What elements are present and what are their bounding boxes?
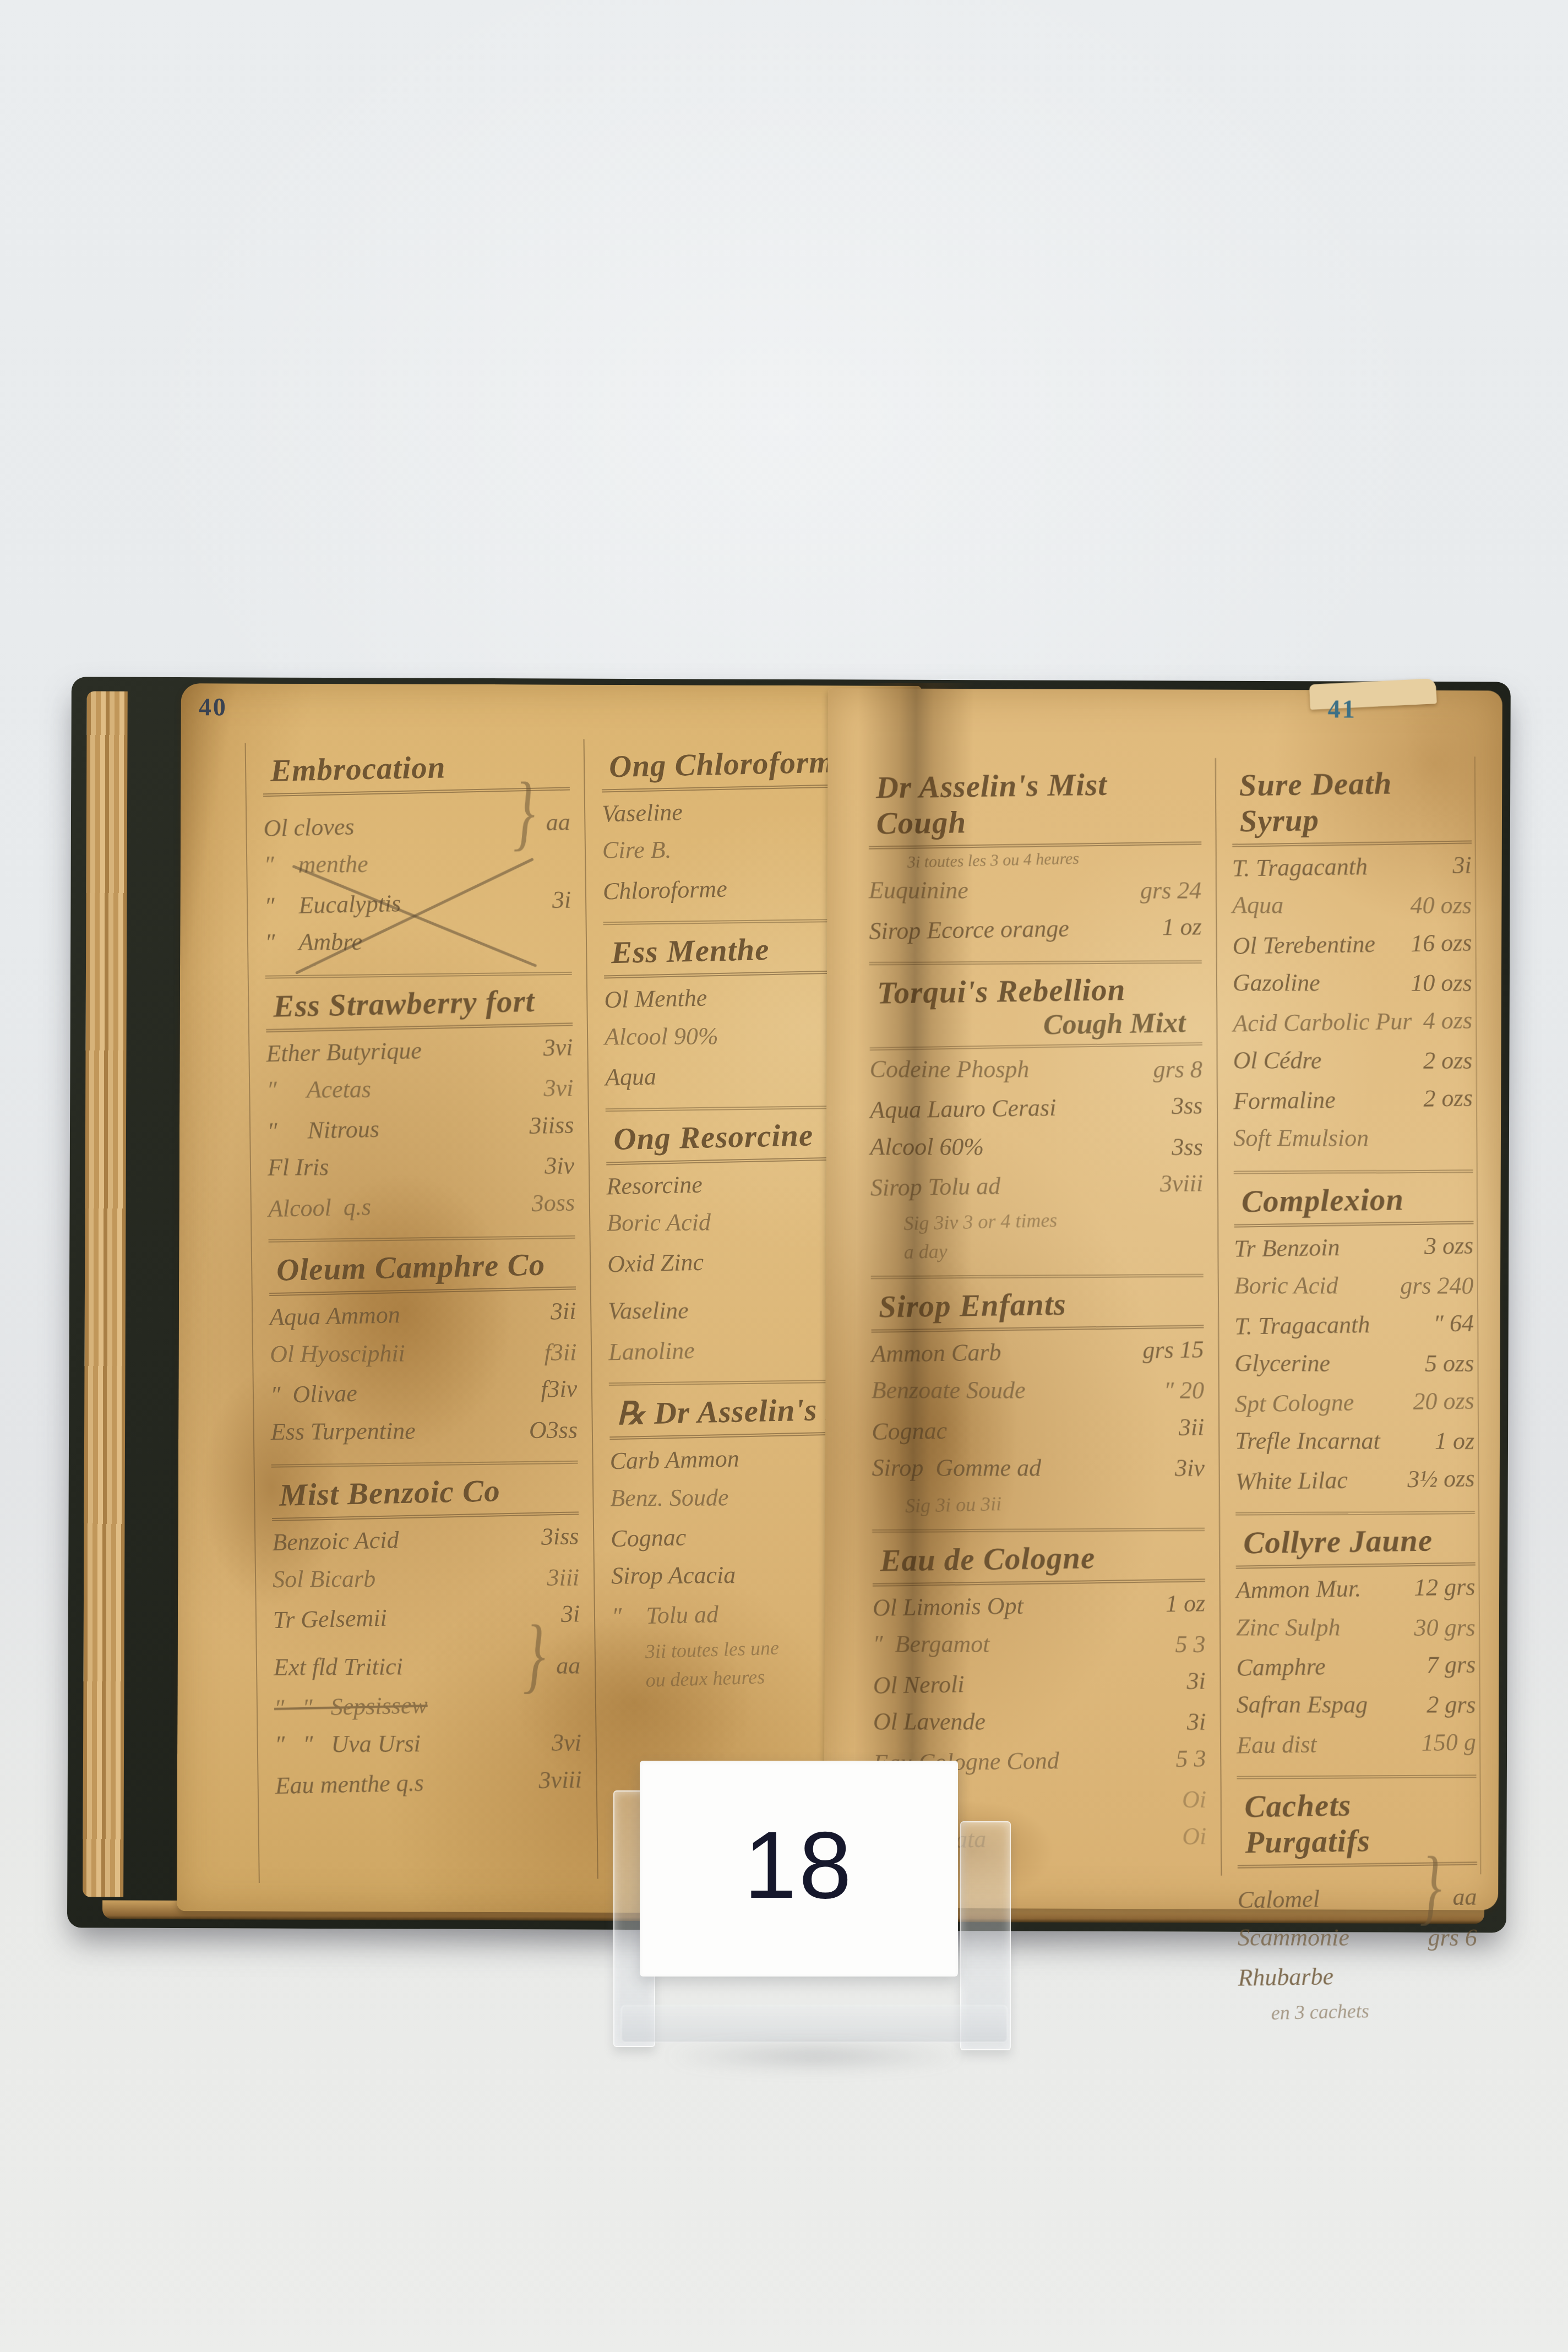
ingredient-qty: 1 oz bbox=[1427, 1424, 1474, 1459]
ingredient-qty: 3iss bbox=[533, 1519, 579, 1554]
ingredient-qty: f3iv bbox=[533, 1372, 578, 1407]
recipe-section: EmbrocationOl cloves}aa″ menthe″ Eucalyp… bbox=[263, 739, 572, 961]
brace-glyph: } bbox=[1419, 1862, 1442, 1913]
ingredient-name: Scammonie bbox=[1238, 1920, 1420, 1955]
ingredient-name: Trefle Incarnat bbox=[1235, 1424, 1427, 1458]
recipe-row: Tr Benzoin3 ozs bbox=[1234, 1224, 1474, 1266]
recipe-row: Cognac3ii bbox=[872, 1406, 1205, 1449]
ingredient-name: Ammon Carb bbox=[871, 1333, 1135, 1371]
recipe-row: Ol Hyosciphiif3ii bbox=[270, 1331, 577, 1371]
ingredient-name: Ol Menthe bbox=[604, 978, 862, 1017]
ingredient-qty: 3oss bbox=[524, 1185, 575, 1221]
ingredient-qty: 7 grs bbox=[1419, 1647, 1476, 1683]
ingredient-name: Aqua Lauro Cerasi bbox=[870, 1090, 1164, 1128]
ingredient-name: Chloroforme bbox=[602, 870, 836, 909]
recipe-column-1: EmbrocationOl cloves}aa″ menthe″ Eucalyp… bbox=[245, 739, 598, 1883]
ingredient-qty: 3ii bbox=[1171, 1410, 1205, 1445]
recipe-row: Aqua Lauro Cerasi3ss bbox=[870, 1085, 1203, 1128]
notebook: 40 EmbrocationOl cloves}aa″ menthe″ Euca… bbox=[86, 658, 1505, 1919]
recipe-row: T. Tragacanth″ 64 bbox=[1234, 1302, 1474, 1344]
recipe-section: Cachets PurgatifsCalomel}aaScammoniegrs … bbox=[1237, 1775, 1478, 2023]
recipe-row: Glycerine5 ozs bbox=[1235, 1342, 1474, 1381]
ingredient-qty: Oi bbox=[1174, 1783, 1206, 1817]
ingredient-name: Alcool q.s bbox=[268, 1186, 524, 1226]
recipe-section: Sure Death SyrupT. Tragacanth3iAqua40 oz… bbox=[1232, 756, 1473, 1156]
ingredient-name: Benzoate Soude bbox=[872, 1374, 1156, 1408]
ingredient-name: Lanoline bbox=[608, 1330, 860, 1370]
recipe-row: Benzoic Acid3iss bbox=[272, 1515, 580, 1560]
ingredient-name: Resorcine bbox=[606, 1164, 858, 1204]
ingredient-name: Aqua bbox=[1232, 889, 1403, 923]
ingredient-qty: 10 ozs bbox=[1403, 966, 1472, 1001]
recipe-row: Soft Emulsion bbox=[1234, 1117, 1473, 1156]
recipe-row: Ext fld Tritici}aa bbox=[274, 1634, 581, 1685]
recipe-section: Dr Asselin's Mist Cough3i toutes les 3 o… bbox=[868, 758, 1202, 948]
ingredient-qty: 3vi bbox=[544, 1726, 581, 1761]
recipe-row: Camphre7 grs bbox=[1236, 1643, 1476, 1685]
ingredient-qty: 2 grs bbox=[1419, 1688, 1476, 1723]
ingredient-name: T. Tragacanth bbox=[1232, 848, 1445, 886]
ingredient-qty: 3ii bbox=[542, 1294, 576, 1330]
recipe-row: Spt Cologne20 ozs bbox=[1235, 1379, 1475, 1422]
section-title: Sure Death Syrup bbox=[1232, 764, 1472, 847]
recipe-row: Eau dist150 g bbox=[1237, 1721, 1477, 1763]
ingredient-name: Sirop Gomme ad bbox=[872, 1451, 1167, 1485]
ingredient-qty: 1 oz bbox=[1158, 1586, 1206, 1621]
ingredient-name: Rhubarbe bbox=[1238, 1958, 1470, 1995]
section-title: Torqui's Rebellion bbox=[869, 971, 1202, 1011]
stand-shadow bbox=[600, 2037, 1030, 2076]
recipe-row: ″ Ambre bbox=[265, 919, 572, 960]
ingredient-name: ″ Olivae bbox=[270, 1373, 533, 1412]
ingredient-qty: O3ss bbox=[521, 1413, 578, 1447]
dosage-note: Sig 3i ou 3ii bbox=[872, 1482, 1205, 1518]
ingredient-name: Eau menthe q.s bbox=[275, 1763, 531, 1803]
section-title: Eau de Cologne bbox=[872, 1538, 1205, 1586]
recipe-column-3: Dr Asselin's Mist Cough3i toutes les 3 o… bbox=[859, 758, 1222, 1877]
recipe-section: Collyre JauneAmmon Mur.12 grsZinc Sulph3… bbox=[1235, 1511, 1476, 1762]
ingredient-name: ″ ″ Sepsissew bbox=[274, 1685, 573, 1726]
ingredient-qty: 3i bbox=[553, 1597, 580, 1631]
ingredient-name: ″ Bergamot bbox=[873, 1627, 1167, 1662]
ingredient-qty: 5 3 bbox=[1168, 1741, 1206, 1776]
ingredient-name: Ether Butyrique bbox=[266, 1031, 536, 1071]
ingredient-name: Spt Cologne bbox=[1235, 1385, 1406, 1422]
recipe-row: Gazoline10 ozs bbox=[1233, 962, 1472, 1001]
ingredient-name: Sol Bicarb bbox=[273, 1561, 540, 1597]
ingredient-qty: 3 ozs bbox=[1417, 1228, 1474, 1264]
ingredient-name: ″ Nitrous bbox=[267, 1109, 522, 1148]
recipe-row: Acid Carbolic Pur4 ozs bbox=[1233, 999, 1473, 1041]
ingredient-qty: 2 ozs bbox=[1415, 1044, 1472, 1079]
ingredient-qty: 20 ozs bbox=[1405, 1384, 1474, 1419]
recipe-row: Codeine Phosphgrs 8 bbox=[870, 1048, 1202, 1087]
ingredient-qty: ″ 64 bbox=[1425, 1306, 1474, 1341]
recipe-row: Ol Terebentine16 ozs bbox=[1232, 921, 1472, 963]
ingredient-name: Vaseline bbox=[602, 792, 830, 831]
page-left: 40 EmbrocationOl cloves}aa″ menthe″ Euca… bbox=[177, 683, 922, 1914]
recipe-row: Aqua40 ozs bbox=[1232, 884, 1472, 923]
recipe-row: Scammoniegrs 6 bbox=[1238, 1916, 1477, 1955]
ingredient-qty: aa bbox=[548, 1648, 580, 1683]
ingredient-name: Cire B. bbox=[602, 832, 839, 868]
ingredient-name: ″ ″ Uva Ursi bbox=[275, 1726, 545, 1762]
ingredient-name: Aqua bbox=[605, 1055, 850, 1095]
recipe-row: Eau menthe q.s3viii bbox=[275, 1758, 582, 1803]
ingredient-name: Ext fld Tritici bbox=[274, 1649, 520, 1685]
recipe-row: Boric Acidgrs 240 bbox=[1234, 1265, 1474, 1304]
recipe-row: Alcool q.s3oss bbox=[268, 1181, 575, 1226]
section-title: Mist Benzoic Co bbox=[271, 1471, 579, 1521]
ingredient-qty: 3½ ozs bbox=[1400, 1461, 1475, 1496]
ingredient-qty: grs 15 bbox=[1135, 1332, 1204, 1368]
ingredient-qty: grs 6 bbox=[1420, 1920, 1477, 1955]
ingredient-name: Glycerine bbox=[1235, 1346, 1418, 1381]
ingredient-qty: grs 8 bbox=[1146, 1053, 1202, 1087]
ingredient-name: Ol cloves bbox=[263, 807, 510, 846]
ingredient-qty: 3ss bbox=[1164, 1130, 1202, 1165]
recipe-row: Zinc Sulph30 grs bbox=[1236, 1606, 1476, 1645]
recipe-row: Ammon Carbgrs 15 bbox=[871, 1328, 1204, 1371]
recipe-row: ″ menthe bbox=[264, 842, 571, 883]
recipe-section: Ess Strawberry fortEther Butyrique3vi″ A… bbox=[265, 972, 575, 1225]
recipe-row: Safran Espag2 grs bbox=[1237, 1684, 1476, 1723]
recipe-row: Ol Limonis Opt1 oz bbox=[872, 1582, 1205, 1625]
ingredient-name: ″ Acetas bbox=[266, 1071, 536, 1107]
ingredient-qty: 30 grs bbox=[1407, 1610, 1476, 1645]
recipe-row: Rhubarbe bbox=[1238, 1953, 1478, 1996]
section-title: Collyre Jaune bbox=[1235, 1522, 1476, 1569]
ingredient-name: Ammon Mur. bbox=[1236, 1571, 1407, 1608]
ingredient-name: ″ Eucalyptis bbox=[264, 883, 545, 923]
recipe-row: ″ Eucalyptis3i bbox=[264, 878, 571, 923]
ingredient-name: Ol Limonis Opt bbox=[872, 1587, 1158, 1625]
recipe-column-4: Sure Death SyrupT. Tragacanth3iAqua40 oz… bbox=[1216, 756, 1481, 1875]
ingredient-name: ″ Tolu ad bbox=[612, 1594, 859, 1634]
section-title: Oleum Camphre Co bbox=[269, 1246, 576, 1297]
ingredient-qty: grs 24 bbox=[1133, 874, 1201, 908]
ingredient-name: Safran Espag bbox=[1237, 1688, 1419, 1723]
ingredient-name: Zinc Sulph bbox=[1236, 1610, 1407, 1645]
ingredient-name: Acid Carbolic Pur bbox=[1233, 1004, 1415, 1041]
ingredient-qty: 3iv bbox=[1167, 1451, 1205, 1486]
recipe-section: ComplexionTr Benzoin3 ozsBoric Acidgrs 2… bbox=[1234, 1169, 1475, 1498]
ingredient-qty: aa bbox=[1445, 1880, 1477, 1915]
recipe-row: Ammon Mur.12 grs bbox=[1235, 1566, 1476, 1608]
recipe-row: Formaline2 ozs bbox=[1233, 1076, 1473, 1119]
ingredient-qty: 3i bbox=[1179, 1664, 1206, 1698]
recipe-row: ″ Nitrous3iiss bbox=[266, 1103, 574, 1148]
recipe-row: Aqua Ammon3ii bbox=[269, 1290, 577, 1335]
ingredient-qty: 3vi bbox=[536, 1071, 573, 1106]
recipe-row: Fl Iris3iv bbox=[268, 1145, 575, 1185]
ingredient-qty: Oi bbox=[1174, 1819, 1207, 1854]
ingredient-qty: 5 ozs bbox=[1417, 1347, 1474, 1381]
ingredient-name: Alcool 60% bbox=[870, 1130, 1164, 1164]
recipe-row: Benzoate Soude″ 20 bbox=[872, 1369, 1204, 1408]
section-title: Sirop Enfants bbox=[870, 1284, 1204, 1332]
ingredient-qty: 4 ozs bbox=[1415, 1003, 1473, 1038]
section-subtitle: Cough Mixt bbox=[869, 1006, 1202, 1050]
photo-backdrop: 40 EmbrocationOl cloves}aa″ menthe″ Euca… bbox=[0, 0, 1568, 2352]
ingredient-name: Gazoline bbox=[1233, 966, 1403, 1001]
dosage-note: en 3 cachets bbox=[1238, 1991, 1478, 2025]
ingredient-qty: grs 240 bbox=[1393, 1269, 1474, 1304]
ingredient-name: Ol Cédre bbox=[1233, 1044, 1416, 1079]
ingredient-name: Ol Neroli bbox=[873, 1664, 1179, 1703]
ingredient-name: Carb Ammon bbox=[609, 1440, 825, 1479]
recipe-row: ″ Bergamot5 3 bbox=[873, 1623, 1205, 1662]
recipe-row: Sol Bicarb3iii bbox=[273, 1556, 580, 1597]
ingredient-qty: aa bbox=[538, 805, 570, 840]
ingredient-name: Ol Terebentine bbox=[1232, 927, 1403, 963]
recipe-row: Sirop Tolu ad3viii bbox=[870, 1162, 1203, 1206]
section-title: Complexion bbox=[1234, 1180, 1474, 1227]
section-title: Ess Strawberry fort bbox=[265, 982, 573, 1032]
recipe-row: Sirop Ecorce orange1 oz bbox=[869, 906, 1202, 949]
recipe-section: Oleum Camphre CoAqua Ammon3iiOl Hyosciph… bbox=[269, 1235, 578, 1450]
recipe-row: Alcool 60%3ss bbox=[870, 1125, 1202, 1164]
ingredient-qty: 3i bbox=[1445, 848, 1472, 883]
ingredient-name: Tr Benzoin bbox=[1234, 1229, 1417, 1266]
ingredient-qty: 3iiss bbox=[521, 1108, 574, 1143]
ingredient-name: Aqua Ammon bbox=[269, 1295, 543, 1335]
ingredient-name: White Lilac bbox=[1235, 1462, 1400, 1499]
ingredient-qty: 40 ozs bbox=[1403, 889, 1472, 923]
ingredient-qty: 1 oz bbox=[1154, 910, 1202, 945]
ingredient-name: Boric Acid bbox=[607, 1205, 858, 1240]
ingredient-name: Benzoic Acid bbox=[272, 1520, 534, 1560]
ingredient-name: Formaline bbox=[1233, 1082, 1416, 1119]
ingredient-qty: 3ss bbox=[1164, 1089, 1203, 1124]
ingredient-name: Eau dist bbox=[1237, 1726, 1414, 1763]
ingredient-qty: 5 3 bbox=[1167, 1627, 1205, 1662]
ingredient-name: ″ Ambre bbox=[265, 924, 564, 960]
ingredient-qty: 12 grs bbox=[1406, 1570, 1476, 1605]
recipe-row: Ether Butyrique3vi bbox=[266, 1026, 574, 1071]
recipe-row: White Lilac3½ ozs bbox=[1235, 1457, 1475, 1499]
recipe-row: ″ Acetas3vi bbox=[266, 1067, 574, 1108]
page-right: 41 Dr Asselin's Mist Cough3i toutes les … bbox=[824, 688, 1502, 1910]
ingredient-qty: 3i bbox=[544, 883, 571, 917]
ingredient-name: Ess Turpentine bbox=[271, 1413, 522, 1449]
ingredient-qty: 3iv bbox=[537, 1149, 574, 1184]
ingredient-name: Cognac bbox=[611, 1517, 862, 1556]
ingredient-qty: ″ 20 bbox=[1156, 1374, 1204, 1408]
ingredient-qty: 3iii bbox=[539, 1560, 579, 1595]
ingredient-name: Ol Lavende bbox=[873, 1705, 1179, 1739]
recipe-row: Ol Cédre2 ozs bbox=[1233, 1039, 1473, 1079]
ingredient-qty: 2 ozs bbox=[1415, 1081, 1473, 1116]
ingredient-qty: 3viii bbox=[531, 1762, 582, 1798]
brace-glyph: } bbox=[512, 787, 535, 838]
ingredient-qty: 16 ozs bbox=[1403, 925, 1472, 961]
recipe-section: Mist Benzoic CoBenzoic Acid3issSol Bicar… bbox=[271, 1461, 582, 1802]
recipe-section: Sirop EnfantsAmmon Carbgrs 15Benzoate So… bbox=[871, 1274, 1205, 1515]
card-number-label: 18 bbox=[744, 1811, 853, 1920]
ingredient-name: Codeine Phosph bbox=[870, 1052, 1146, 1087]
recipe-row: Ess TurpentineO3ss bbox=[271, 1408, 578, 1449]
ingredient-name: Fl Iris bbox=[268, 1149, 537, 1185]
recipe-section: Torqui's RebellionCough MixtCodeine Phos… bbox=[869, 960, 1204, 1261]
ingredient-name: Ol Hyosciphii bbox=[270, 1336, 537, 1371]
ingredient-name: Soft Emulsion bbox=[1234, 1121, 1466, 1156]
ingredient-name: Benz. Soude bbox=[610, 1480, 846, 1516]
recipe-row: T. Tragacanth3i bbox=[1232, 843, 1472, 886]
section-title: Cachets Purgatifs bbox=[1237, 1786, 1477, 1869]
recipe-row: Ol Neroli3i bbox=[873, 1659, 1206, 1703]
ingredient-name: Cognac bbox=[872, 1411, 1172, 1449]
ingredient-name: Sirop Ecorce orange bbox=[869, 911, 1155, 949]
recipe-row: ″ ″ Uva Ursi3vi bbox=[275, 1722, 582, 1762]
ingredient-name: Camphre bbox=[1236, 1648, 1419, 1685]
section-title: Dr Asselin's Mist Cough bbox=[868, 765, 1201, 849]
ingredient-qty: f3ii bbox=[536, 1335, 576, 1370]
recipe-row: Euquininegrs 24 bbox=[869, 869, 1201, 908]
recipe-row: Sirop Gomme ad3iv bbox=[872, 1446, 1204, 1485]
recipe-row: Ol Lavende3i bbox=[873, 1700, 1206, 1739]
ingredient-name: T. Tragacanth bbox=[1234, 1306, 1426, 1343]
page-edges-left bbox=[83, 692, 128, 1897]
ingredient-qty: 3vi bbox=[535, 1030, 573, 1065]
number-card: 18 bbox=[640, 1761, 958, 1977]
recipe-row: ″ ″ Sepsissew bbox=[274, 1680, 581, 1725]
ingredient-name: ″ menthe bbox=[264, 846, 563, 883]
ingredient-name: Tr Gelsemii bbox=[273, 1597, 553, 1637]
ingredient-name: Euquinine bbox=[869, 873, 1133, 908]
ingredient-name: Vaseline bbox=[608, 1293, 831, 1329]
ingredient-qty: 3viii bbox=[1152, 1167, 1203, 1202]
ingredient-name: Calomel bbox=[1238, 1881, 1417, 1918]
brace-glyph: } bbox=[522, 1630, 545, 1680]
recipe-row: Calomel}aa bbox=[1237, 1865, 1477, 1918]
recipe-row: Ol cloves}aa bbox=[263, 790, 570, 846]
ingredient-qty: 3i bbox=[1179, 1705, 1206, 1740]
ingredient-name: Alcool 90% bbox=[605, 1019, 858, 1054]
recipe-row: ″ Olivaef3iv bbox=[270, 1368, 578, 1413]
ingredient-name: Oxid Zinc bbox=[607, 1243, 835, 1282]
recipe-row: Trefle Incarnat1 oz bbox=[1235, 1419, 1474, 1458]
ingredient-name: Boric Acid bbox=[1234, 1269, 1393, 1304]
ingredient-qty: 150 g bbox=[1414, 1725, 1477, 1760]
ingredient-name: Sirop Tolu ad bbox=[870, 1167, 1152, 1206]
